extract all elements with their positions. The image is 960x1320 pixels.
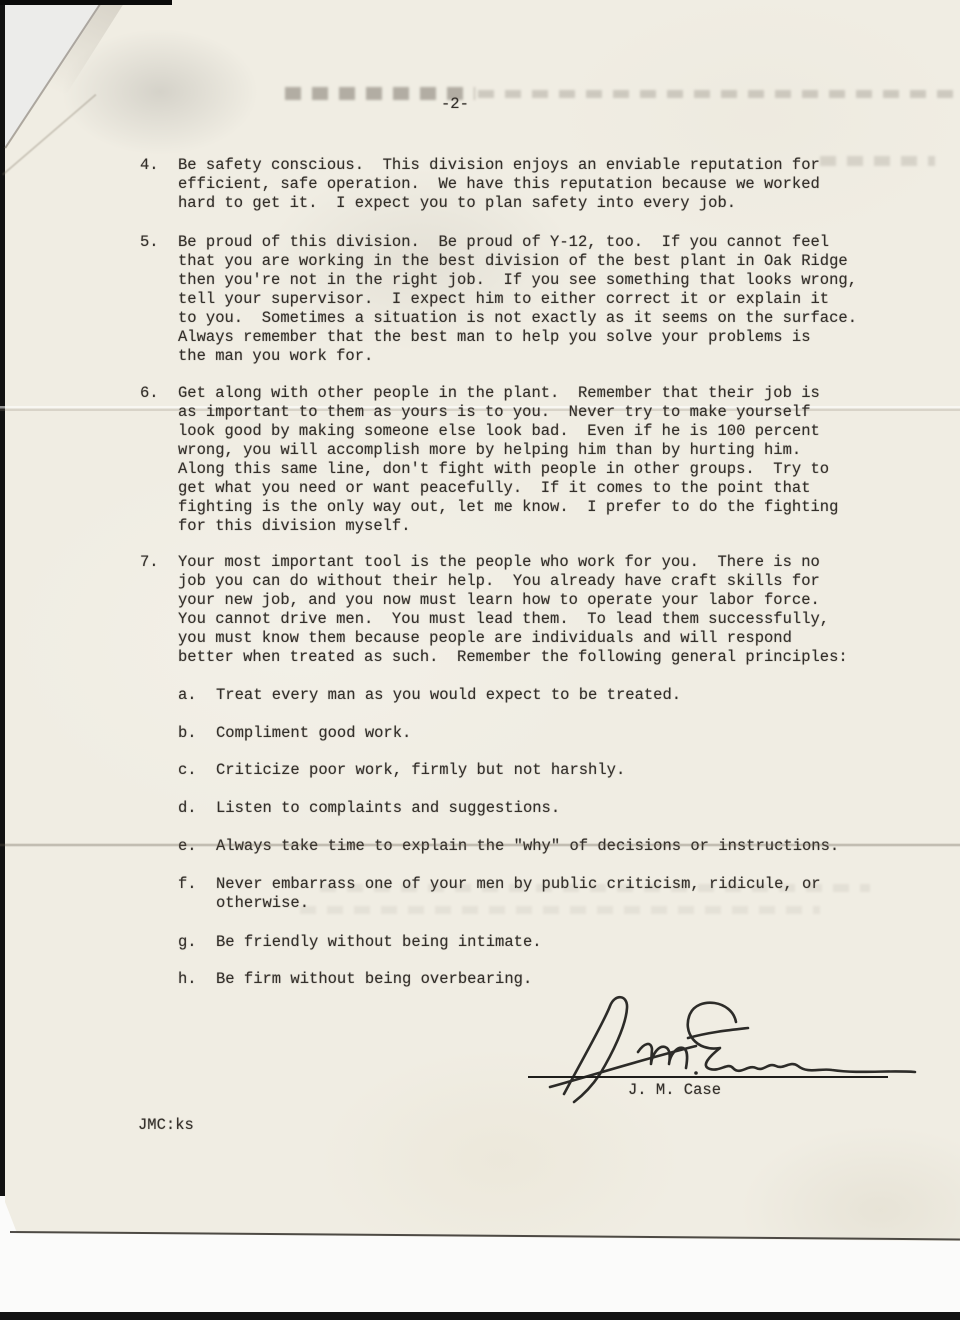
- handwritten-signature: [520, 988, 940, 1106]
- list-item-6: 6. Get along with other people in the pl…: [140, 384, 838, 536]
- principle-b: b. Compliment good work.: [178, 724, 411, 743]
- principle-letter: d.: [178, 799, 216, 818]
- principle-c: c. Criticize poor work, firmly but not h…: [178, 761, 625, 780]
- scanner-edge-strip: [0, 0, 172, 5]
- principle-h: h. Be firm without being overbearing.: [178, 970, 532, 989]
- principle-letter: c.: [178, 761, 216, 780]
- item-number: 7.: [140, 553, 178, 667]
- ink-bleed-patch: [820, 156, 935, 166]
- signature-typed-name: J. M. Case: [628, 1081, 721, 1100]
- item-text: Your most important tool is the people w…: [178, 553, 848, 667]
- item-text: Get along with other people in the plant…: [178, 384, 838, 536]
- principle-f: f. Never embarrass one of your men by pu…: [178, 875, 821, 913]
- item-text: Be proud of this division. Be proud of Y…: [178, 233, 857, 366]
- item-number: 5.: [140, 233, 178, 366]
- signature-line: [528, 1076, 888, 1078]
- principle-g: g. Be friendly without being intimate.: [178, 933, 542, 952]
- principle-a: a. Treat every man as you would expect t…: [178, 686, 681, 705]
- typist-initials: JMC:ks: [138, 1116, 194, 1135]
- horizontal-fold-crease-lower: [0, 843, 960, 847]
- list-item-7: 7. Your most important tool is the peopl…: [140, 553, 848, 667]
- principle-letter: g.: [178, 933, 216, 952]
- list-item-5: 5. Be proud of this division. Be proud o…: [140, 233, 857, 366]
- principle-text: Be friendly without being intimate.: [216, 933, 542, 952]
- principle-text: Compliment good work.: [216, 724, 411, 743]
- principle-text: Never embarrass one of your men by publi…: [216, 875, 821, 913]
- ink-bleed-row: [478, 90, 953, 98]
- principle-letter: b.: [178, 724, 216, 743]
- list-item-4: 4. Be safety conscious. This division en…: [140, 156, 820, 213]
- principle-letter: h.: [178, 970, 216, 989]
- principle-text: Treat every man as you would expect to b…: [216, 686, 681, 705]
- principle-d: d. Listen to complaints and suggestions.: [178, 799, 560, 818]
- item-text: Be safety conscious. This division enjoy…: [178, 156, 820, 213]
- principle-text: Listen to complaints and suggestions.: [216, 799, 560, 818]
- item-number: 4.: [140, 156, 178, 213]
- principle-letter: a.: [178, 686, 216, 705]
- item-number: 6.: [140, 384, 178, 536]
- page-number: -2-: [441, 95, 469, 114]
- principle-letter: f.: [178, 875, 216, 913]
- principle-text: Criticize poor work, firmly but not hars…: [216, 761, 625, 780]
- principle-text: Be firm without being overbearing.: [216, 970, 532, 989]
